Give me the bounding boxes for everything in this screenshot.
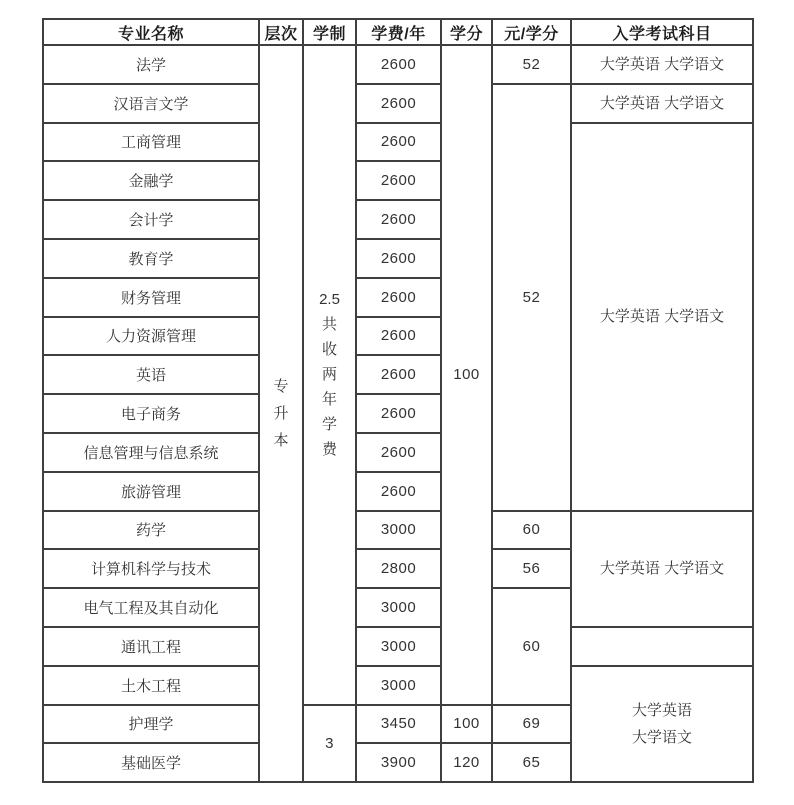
- cell-yuan-per-credit-merged: 52: [492, 84, 571, 511]
- cell-major: 金融学: [43, 161, 259, 200]
- col-header-major: 专业名称: [43, 19, 259, 45]
- cell-exam-subjects-empty: [571, 627, 753, 666]
- cell-major: 电气工程及其自动化: [43, 588, 259, 627]
- cell-tuition: 3000: [356, 627, 441, 666]
- table-row: 通讯工程 3000: [43, 627, 753, 666]
- col-header-exam-subjects: 入学考试科目: [571, 19, 753, 45]
- table-row: 药学 3000 60 大学英语 大学语文: [43, 511, 753, 550]
- cell-major: 土木工程: [43, 666, 259, 705]
- cell-tuition: 2600: [356, 200, 441, 239]
- cell-tuition: 2600: [356, 84, 441, 123]
- col-header-credits: 学分: [441, 19, 492, 45]
- col-header-yuan-per-credit: 元/学分: [492, 19, 571, 45]
- cell-major: 计算机科学与技术: [43, 549, 259, 588]
- cell-yuan-per-credit: 65: [492, 743, 571, 782]
- cell-exam-subjects: 大学英语 大学语文: [571, 84, 753, 123]
- cell-yuan-per-credit-merged: 60: [492, 588, 571, 704]
- col-header-level: 层次: [259, 19, 303, 45]
- cell-tuition: 3900: [356, 743, 441, 782]
- cell-yuan-per-credit: 60: [492, 511, 571, 550]
- cell-duration-merged: 3: [303, 705, 356, 783]
- page: 专业名称 层次 学制 学费/年 学分 元/学分 入学考试科目 法学 专 升 本 …: [0, 0, 794, 805]
- cell-major: 英语: [43, 355, 259, 394]
- cell-tuition: 2600: [356, 161, 441, 200]
- header-row: 专业名称 层次 学制 学费/年 学分 元/学分 入学考试科目: [43, 19, 753, 45]
- table-row: 汉语言文学 2600 52 大学英语 大学语文: [43, 84, 753, 123]
- col-header-tuition: 学费/年: [356, 19, 441, 45]
- cell-major: 工商管理: [43, 123, 259, 162]
- cell-yuan-per-credit: 56: [492, 549, 571, 588]
- cell-tuition: 2600: [356, 45, 441, 84]
- cell-credits: 120: [441, 743, 492, 782]
- cell-exam-subjects-merged: 大学英语 大学语文: [571, 123, 753, 511]
- cell-tuition: 2600: [356, 278, 441, 317]
- cell-major: 汉语言文学: [43, 84, 259, 123]
- cell-yuan-per-credit: 52: [492, 45, 571, 84]
- cell-major: 教育学: [43, 239, 259, 278]
- cell-major: 旅游管理: [43, 472, 259, 511]
- cell-exam-subjects-merged: 大学英语 大学语文: [571, 511, 753, 627]
- cell-tuition: 2800: [356, 549, 441, 588]
- cell-yuan-per-credit: 69: [492, 705, 571, 744]
- cell-exam-subjects-merged: 大学英语 大学语文: [571, 666, 753, 782]
- cell-major: 法学: [43, 45, 259, 84]
- cell-major: 通讯工程: [43, 627, 259, 666]
- cell-exam-subjects: 大学英语 大学语文: [571, 45, 753, 84]
- cell-tuition: 3450: [356, 705, 441, 744]
- cell-credits-merged: 100: [441, 45, 492, 705]
- cell-duration-merged: 2.5 共 收 两 年 学 费: [303, 45, 356, 705]
- table-row: 工商管理 2600 大学英语 大学语文: [43, 123, 753, 162]
- cell-tuition: 2600: [356, 433, 441, 472]
- cell-tuition: 2600: [356, 123, 441, 162]
- table-row: 法学 专 升 本 2.5 共 收 两 年 学 费 2600 100 52 大学英…: [43, 45, 753, 84]
- cell-major: 护理学: [43, 705, 259, 744]
- cell-tuition: 2600: [356, 317, 441, 356]
- table-row: 土木工程 3000 大学英语 大学语文: [43, 666, 753, 705]
- cell-major: 药学: [43, 511, 259, 550]
- cell-credits: 100: [441, 705, 492, 744]
- cell-major: 人力资源管理: [43, 317, 259, 356]
- cell-major: 信息管理与信息系统: [43, 433, 259, 472]
- cell-major: 会计学: [43, 200, 259, 239]
- cell-tuition: 2600: [356, 394, 441, 433]
- cell-major: 财务管理: [43, 278, 259, 317]
- tuition-table: 专业名称 层次 学制 学费/年 学分 元/学分 入学考试科目 法学 专 升 本 …: [42, 18, 754, 783]
- col-header-duration: 学制: [303, 19, 356, 45]
- cell-tuition: 3000: [356, 511, 441, 550]
- cell-tuition: 3000: [356, 588, 441, 627]
- cell-tuition: 3000: [356, 666, 441, 705]
- cell-major: 基础医学: [43, 743, 259, 782]
- cell-tuition: 2600: [356, 355, 441, 394]
- cell-tuition: 2600: [356, 239, 441, 278]
- cell-major: 电子商务: [43, 394, 259, 433]
- cell-level-merged: 专 升 本: [259, 45, 303, 782]
- cell-tuition: 2600: [356, 472, 441, 511]
